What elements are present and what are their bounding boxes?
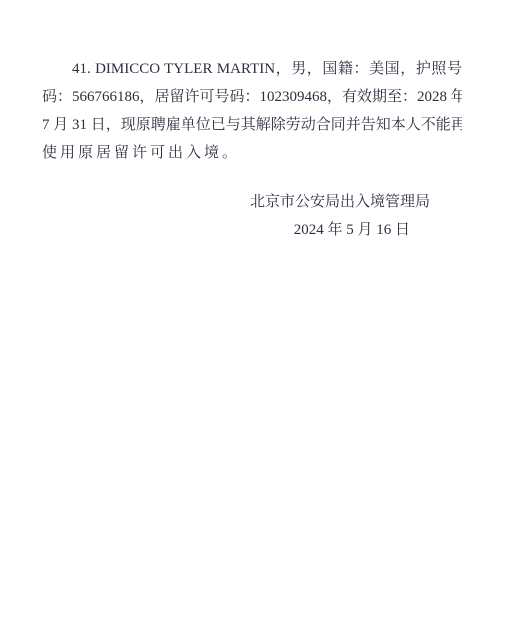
paragraph-line-3: 7 月 31 日，现原聘雇单位已与其解除劳动合同并告知本人不能再 xyxy=(42,111,462,139)
entry-paragraph: 41. DIMICCO TYLER MARTIN，男，国籍：美国，护照号 码：5… xyxy=(42,55,462,167)
issue-date: 2024 年 5 月 16 日 xyxy=(42,216,462,244)
paragraph-line-4: 使用原居留许可出入境。 xyxy=(42,139,462,167)
issuer-signature: 北京市公安局出入境管理局 xyxy=(42,188,462,216)
paragraph-line-1: 41. DIMICCO TYLER MARTIN，男，国籍：美国，护照号 xyxy=(42,55,462,83)
document-page: 41. DIMICCO TYLER MARTIN，男，国籍：美国，护照号 码：5… xyxy=(0,0,517,644)
paragraph-line-2: 码：566766186，居留许可号码：102309468，有效期至：2028 年 xyxy=(42,83,462,111)
signature-block: 北京市公安局出入境管理局 2024 年 5 月 16 日 xyxy=(42,188,462,244)
